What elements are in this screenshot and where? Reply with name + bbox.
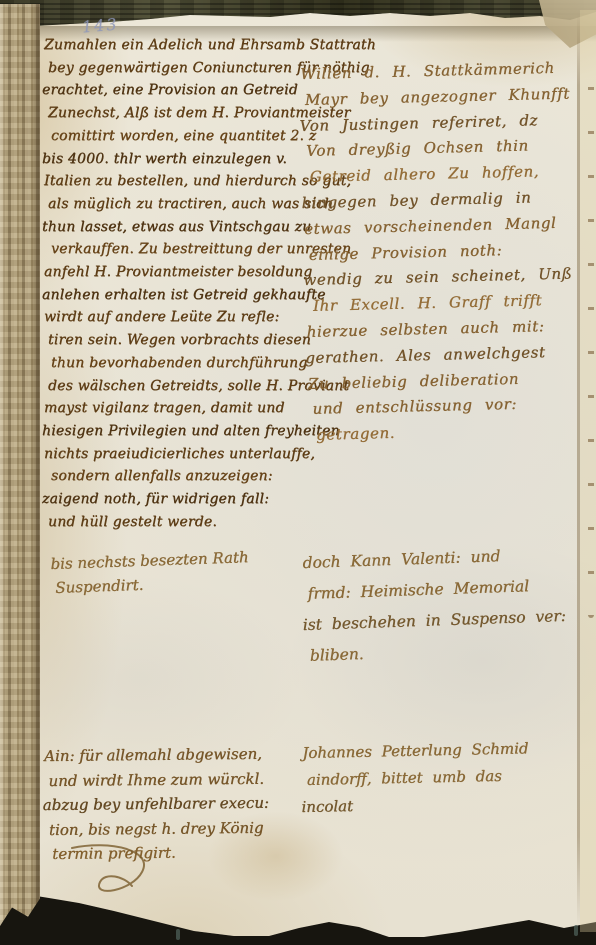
handwritten-line: Zumahlen ein Adelich und Ehrsamb Stattra… — [44, 34, 376, 57]
right-text-column: Willen d. H. StattkämmerichMayr bey ange… — [300, 55, 578, 448]
handwritten-line: zaigend noth, für widrigen fall: — [42, 488, 376, 511]
handwritten-line: und hüll gestelt werde. — [48, 511, 376, 534]
memorial-note: doch Kann Valenti: undfrmd: Heimische Me… — [302, 539, 567, 672]
scanned-manuscript-page: 143 Zumahlen ein Adelich und Ehrsamb Sta… — [0, 0, 596, 945]
handwritten-line: Ain: für allemahl abgewisen, — [44, 742, 269, 769]
handwritten-line: und wirdt Ihme zum würckl. — [48, 766, 269, 793]
scan-artifact — [574, 925, 578, 936]
petition-paragraph: Johannes Petterlung Schmidaindorff, bitt… — [302, 735, 530, 821]
suspension-note: bis nechsts besezten RathSuspendirt. — [50, 545, 250, 600]
pen-flourish — [58, 842, 188, 902]
scan-artifact — [176, 929, 180, 940]
handwritten-line: incolat — [301, 789, 530, 821]
book-binding-edge — [0, 4, 40, 926]
page-crease — [577, 12, 580, 928]
handwritten-line: tion, bis negst h. drey König — [49, 815, 270, 842]
handwritten-line: abzug bey unfehlbarer execu: — [43, 791, 270, 818]
handwritten-line: sondern allenfalls anzuzeigen: — [51, 465, 376, 488]
next-page-ink-marks — [588, 58, 594, 618]
